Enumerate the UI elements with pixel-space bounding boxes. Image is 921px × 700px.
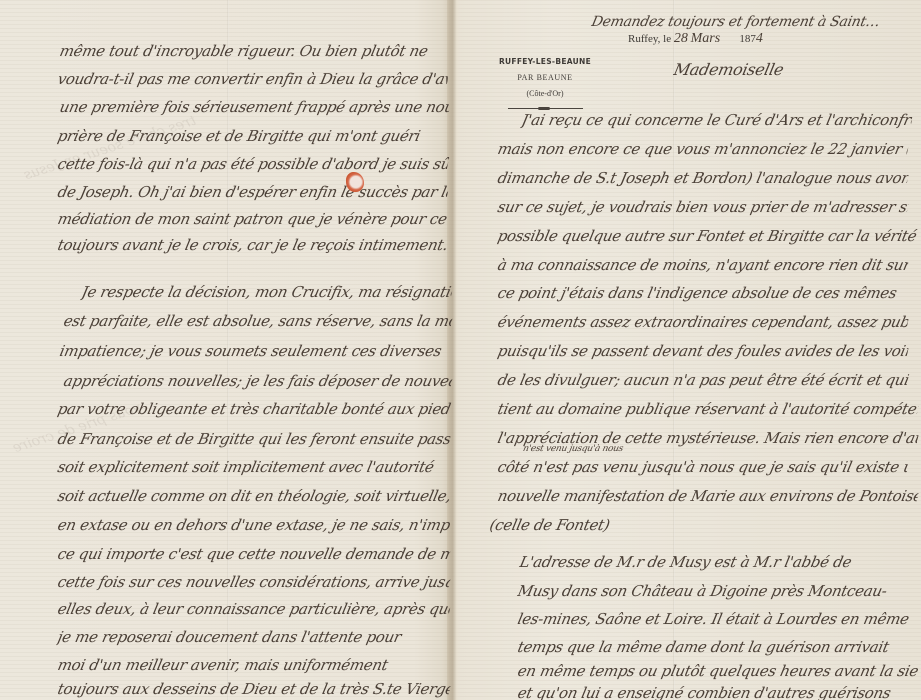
right-line: temps que la même dame dont la guérison …: [516, 638, 920, 656]
left-line: une première fois sérieusement frappé ap…: [58, 98, 452, 116]
left-line: de Joseph. Oh j'ai bien d'espérer enfin …: [56, 183, 450, 201]
left-line: est parfaite, elle est absolue, sans rés…: [62, 312, 454, 330]
right-line: les-mines, Saône et Loire. Il était à Lo…: [516, 610, 920, 628]
right-line: Musy dans son Château à Digoine près Mon…: [516, 582, 920, 600]
left-line: cette fois sur ces nouvelles considérati…: [56, 573, 452, 591]
right-page: Demandez toujours et fortement à Saint… …: [460, 0, 921, 700]
right-line: possible quelque autre sur Fontet et Bir…: [496, 227, 920, 245]
right-line: mais non encore ce que vous m'annonciez …: [496, 140, 910, 158]
right-line: événements assez extraordinaires cependa…: [496, 313, 910, 331]
letterhead-department: (Côte-d'Or): [490, 89, 600, 98]
left-line: toujours aux desseins de Dieu et de la t…: [56, 680, 452, 698]
left-line: de Françoise et de Birgitte qui les fero…: [56, 430, 452, 448]
right-line: sur ce sujet, je voudrais bien vous prie…: [496, 198, 910, 216]
right-line: de les divulguer; aucun n'a pas peut êtr…: [496, 371, 910, 389]
date-month: Mars: [691, 31, 721, 46]
inserted-text: n'est venu jusqu'à nous: [522, 444, 724, 454]
right-line: L'adresse de M.r de Musy est à M.r l'abb…: [518, 553, 921, 571]
left-line: en extase ou en dehors d'une extase, je …: [56, 516, 452, 534]
right-line: J'ai reçu ce qui concerne le Curé d'Ars …: [520, 111, 914, 129]
date-place: Ruffey, le: [628, 33, 671, 45]
letterhead-rule: [508, 108, 583, 109]
right-line: ce point j'étais dans l'indigence absolu…: [496, 284, 910, 302]
left-page: tres chere soeur en Jesus vous prie de c…: [0, 0, 450, 700]
date-year-prefix: 187: [739, 33, 756, 45]
right-line: puisqu'ils se passent devant des foules …: [496, 342, 910, 360]
letterhead: RUFFEY-LES-BEAUNE PAR BEAUNE (Côte-d'Or): [490, 57, 600, 98]
right-line: et qu'on lui a enseigné combien d'autres…: [516, 684, 920, 700]
left-line: soit explicitement soit implicitement av…: [56, 458, 452, 476]
date-year-digit: 4: [756, 31, 763, 46]
right-line: dimanche de S.t Joseph et Bordon) l'anal…: [496, 169, 910, 187]
left-line: cette fois-là qui n'a pas été possible d…: [56, 155, 450, 173]
left-line: ce qui importe c'est que cette nouvelle …: [56, 545, 452, 563]
left-line: elles deux, à leur connaissance particul…: [56, 600, 452, 618]
left-line: voudra-t-il pas me convertir enfin à Die…: [56, 70, 450, 88]
date-day: 28: [674, 31, 688, 46]
right-line: nouvelle manifestation de Marie aux envi…: [496, 487, 920, 505]
left-line: médiation de mon saint patron que je vén…: [56, 210, 450, 228]
left-line: impatience; je vous soumets seulement ce…: [58, 342, 452, 360]
left-line: je me reposerai doucement dans l'attente…: [56, 628, 452, 646]
wax-seal-fragment: [346, 172, 364, 192]
letter-scan: tres chere soeur en Jesus vous prie de c…: [0, 0, 921, 700]
date-line: Ruffey, le 28 Mars 1874: [628, 31, 763, 47]
right-line: tient au domaine publique réservant à l'…: [496, 400, 920, 418]
left-line: par votre obligeante et très charitable …: [56, 400, 452, 418]
left-line: toujours avant je le crois, car je le re…: [56, 236, 450, 254]
salutation: Mademoiselle: [672, 60, 876, 79]
left-line: appréciations nouvelles; je les fais dép…: [62, 372, 454, 390]
right-line: (celle de Fontet): [488, 516, 792, 534]
right-line: côté n'est pas venu jusqu'à nous que je …: [496, 458, 910, 476]
left-line: soit actuelle comme on dit en théologie,…: [56, 487, 452, 505]
letterhead-via: PAR BEAUNE: [490, 73, 600, 82]
letterhead-town: RUFFEY-LES-BEAUNE: [490, 57, 600, 66]
right-line: à ma connaissance de moins, n'ayant enco…: [496, 256, 910, 274]
postscript-top: Demandez toujours et fortement à Saint…: [590, 14, 893, 30]
left-line: Je respecte la décision, mon Crucifix, m…: [80, 283, 454, 301]
left-line: prière de Françoise et de Birgitte qui m…: [56, 127, 450, 145]
left-line: même tout d'incroyable rigueur. Ou bien …: [58, 42, 452, 60]
left-line: moi d'un meilleur avenir, mais uniformém…: [56, 656, 452, 674]
right-line: en même temps ou plutôt quelques heures …: [516, 662, 920, 680]
